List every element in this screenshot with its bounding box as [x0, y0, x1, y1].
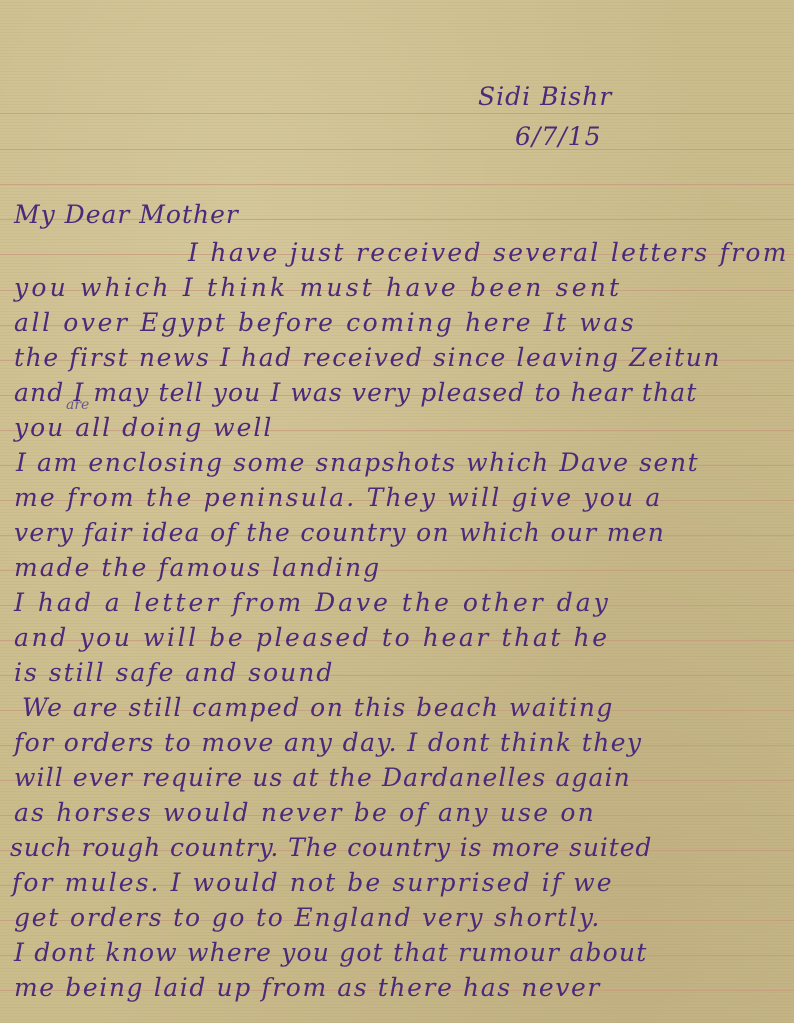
letter-insertion: are: [66, 398, 89, 412]
letter-line: you all doing well: [14, 415, 273, 440]
letter-line: made the famous landing: [14, 555, 381, 580]
letter-line: and I may tell you I was very pleased to…: [14, 380, 697, 405]
letter-line: I am enclosing some snapshots which Dave…: [16, 450, 699, 475]
letter-line: and you will be pleased to hear that he: [14, 625, 610, 650]
letter-place: Sidi Bishr: [478, 84, 612, 109]
letter-line: We are still camped on this beach waitin…: [22, 695, 614, 720]
letter-line: will ever require us at the Dardanelles …: [14, 765, 631, 790]
letter-line: I have just received several letters fro…: [188, 240, 789, 265]
letter-line: is still safe and sound: [14, 660, 334, 685]
letter-line: I had a letter from Dave the other day: [14, 590, 611, 615]
letter-line: as horses would never be of any use on: [14, 800, 596, 825]
letter-line: get orders to go to England very shortly…: [14, 905, 601, 930]
letter-line: me from the peninsula. They will give yo…: [14, 485, 663, 510]
ruled-line: [0, 184, 794, 185]
letter-line: you which I think must have been sent: [14, 275, 622, 300]
letter-line: me being laid up from as there has never: [14, 975, 601, 1000]
letter-salutation: My Dear Mother: [14, 202, 239, 227]
letter-line: such rough country. The country is more …: [10, 835, 652, 860]
letter-line: I dont know where you got that rumour ab…: [14, 940, 647, 965]
letter-page: Sidi Bishr 6/7/15 My Dear Mother I have …: [0, 0, 794, 1023]
letter-line: the first news I had received since leav…: [14, 345, 721, 370]
letter-date: 6/7/15: [515, 124, 601, 149]
letter-line: all over Egypt before coming here It was: [14, 310, 636, 335]
ruled-line: [0, 149, 794, 150]
letter-line: very fair idea of the country on which o…: [14, 520, 665, 545]
ruled-line: [0, 113, 794, 114]
letter-line: for mules. I would not be surprised if w…: [12, 870, 614, 895]
letter-line: for orders to move any day. I dont think…: [14, 730, 642, 755]
